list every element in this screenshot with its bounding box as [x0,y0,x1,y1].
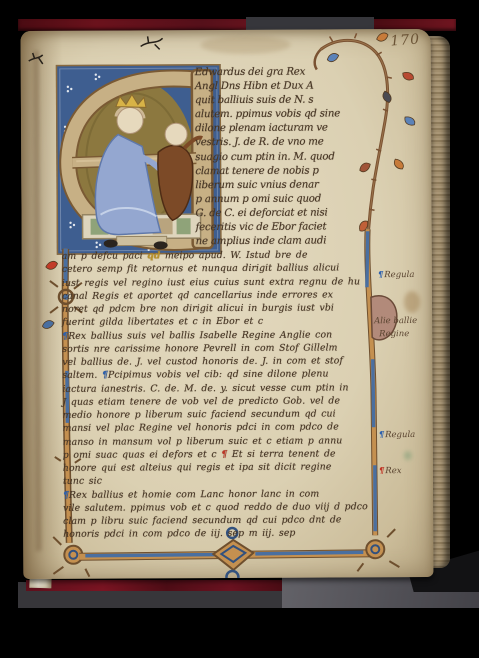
text-segment: noret qd pdcm bre non dirigit alicui in … [62,302,334,314]
parchment-stain [404,291,420,313]
text-segment: Et si terra tenent de [227,448,335,460]
folio-number: 170 [390,30,436,55]
manuscript-text-line: clamat tenere de nobis p [195,164,383,179]
book-binding-bottom-edge [26,580,282,591]
margin-note-regula: ¶Regula [379,431,439,440]
margin-note-text: Alie ballie [374,317,417,326]
manuscript-text-line: iust regis vel regino iust eius cuius su… [62,275,392,290]
text-segment: honoris pdci in com pdco de iij. sep m i… [63,528,295,540]
manuscript-text-line: Edwardus dei gra Rex [195,65,383,80]
text-segment: manso in mansum vol p liberum suic et c … [63,435,343,447]
margin-note-text: Regine [379,330,409,339]
text-segment: canal Regis et aportet qd cancellarius i… [62,289,333,301]
text-segment: mansi vel plac Regine vel honoris pdci i… [63,422,339,434]
manuscript-text-line: vel ballius de. J. vel custod honoris de… [62,354,392,369]
text-segment: sortis nre carissime honore Pevrell in c… [62,342,337,354]
text-segment: fuerint gilda libertates et c in Ebor et… [62,316,263,328]
manuscript-text-line: G. de C. ei deforciat et nisi [195,206,383,221]
penwork-sprig-icon [141,36,163,49]
manuscript-text-line: liberum suic vnius denar [195,178,383,193]
text-segment: clam p libru suic faciend secundum qd cu… [63,514,341,526]
text-segment: tunc sic [63,476,102,487]
text-segment: Rex ballius et homie com Lanc honor lanc… [69,488,319,500]
manuscript-text-line: alutem. ppimus vobis qd sine [195,107,383,122]
text-segment: vel ballius de. J. vel custod honoris de… [62,355,343,367]
text-segment: iust regis vel regino iust eius cuius su… [62,276,360,289]
paraph-mark-icon: qd [147,250,160,261]
paraph-mark-icon: ¶ [379,430,384,440]
text-segment: iactura ianestris. C. de. M. de. y. sicu… [62,382,348,394]
manuscript-text-line: feceritis vic de Ebor faciet [196,220,384,235]
text-segment: J quas etiam tenere de vob vel de predic… [62,395,340,407]
text-segment: vile salutem. ppimus vob et c quod reddo… [63,501,368,514]
text-segment: cetero semp fit retornus et nunqua dirig… [62,263,340,275]
manuscript-text-line: honoris pdci in com pdco de iij. sep m i… [63,526,393,541]
parchment-stain [404,451,412,460]
manuscript-text-line: dilone plenam iacturam ve [195,122,383,137]
paraph-mark-icon: ¶ [378,270,383,280]
text-segment: medio honore p liberum suic faciend secu… [63,408,336,420]
margin-note-text: Regula [384,271,414,280]
text-segment: saltem. [62,370,102,381]
manuscript-text-line: vestris. J. de R. de vno me [195,136,383,151]
text-segment: honore qui est alteius qui regis et ipa … [63,461,332,473]
text-segment: meipo apud. W. Istud bre de [160,250,307,262]
margin-note-regula: ¶Regula [378,271,438,280]
manuscript-text-line: iactura ianestris. C. de. M. de. y. sicu… [62,381,392,396]
manuscript-text-line: quit balliuis suis de N. s [195,93,383,108]
manuscript-text-line: p annum p omi suic quod [195,192,383,207]
manuscript-page: 170 [21,29,434,579]
text-segment: Rex ballius suis vel ballis Isabelle Reg… [68,329,332,341]
text-segment: Pcipimus vobis vel cib: qd sine dilone p… [108,369,329,381]
margin-note-rex: ¶Rex [379,467,439,476]
text-segment: am p defcu paci [62,250,148,261]
manuscript-text-line: Angl Dns Hibn et Dux A [195,79,383,94]
manuscript-photo: 170 [0,0,479,658]
text-segment: p omi suac quas ei defors et c [63,449,222,461]
text-block: am p defcu paci qd meipo apud. W. Istud … [62,248,394,541]
text-column-beside-initial: Edwardus dei gra RexAngl Dns Hibn et Dux… [195,65,384,249]
manuscript-text-line: vile salutem. ppimus vob et c quod reddo… [63,500,393,515]
margin-note-text: Regula [385,431,415,440]
manuscript-text-line: suagio cum ptin in. M. quod [195,150,383,165]
manuscript-text-line: ne amplius inde clam audi [196,234,384,249]
paraph-mark-icon: ¶ [379,466,384,476]
parchment-stain [201,36,291,54]
margin-note-text: Rex [385,467,401,476]
